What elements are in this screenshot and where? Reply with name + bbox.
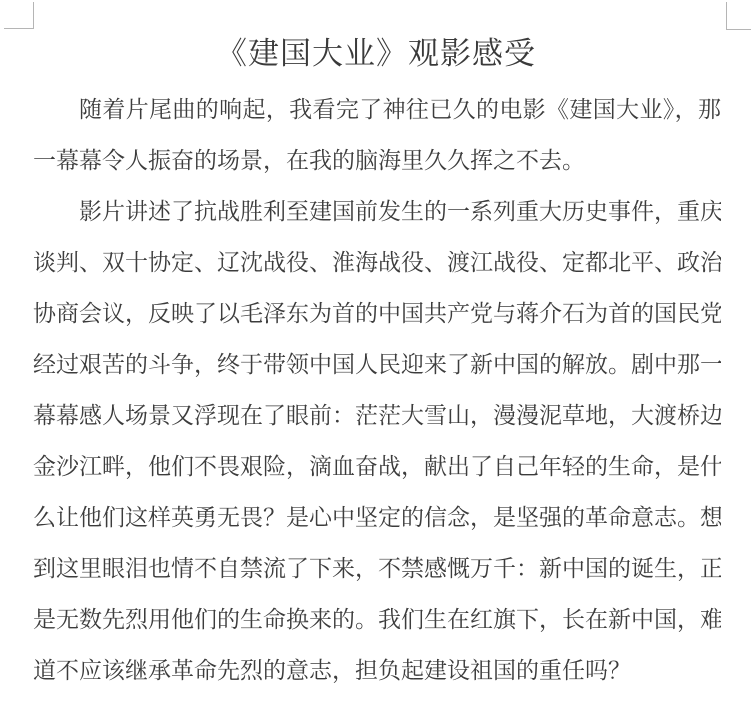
text-line: 到这里眼泪也情不自禁流了下来，不禁感慨万千：新中国的诞生，正: [33, 543, 721, 594]
text-line: 一幕幕令人振奋的场景，在我的脑海里久久挥之不去。: [33, 135, 721, 186]
text-line: 幕幕感人场景又浮现在了眼前：茫茫大雪山，漫漫泥草地，大渡桥边，: [33, 390, 721, 441]
text-line: 协商会议，反映了以毛泽东为首的中国共产党与蒋介石为首的国民党: [33, 288, 721, 339]
text-line: 谈判、双十协定、辽沈战役、淮海战役、渡江战役、定都北平、政治: [33, 237, 721, 288]
text-line: 经过艰苦的斗争，终于带领中国人民迎来了新中国的解放。剧中那一: [33, 339, 721, 390]
text-line: 道不应该继承革命先烈的意志，担负起建设祖国的重任吗？: [33, 645, 721, 696]
text-line: 随着片尾曲的响起，我看完了神往已久的电影《建国大业》，那: [33, 84, 721, 135]
margin-crop-mark-top-right-icon: [726, 2, 751, 30]
text-line: 金沙江畔，他们不畏艰险，滴血奋战，献出了自己年轻的生命，是什: [33, 441, 721, 492]
text-line: 影片讲述了抗战胜利至建国前发生的一系列重大历史事件，重庆: [33, 186, 721, 237]
document-body: 随着片尾曲的响起，我看完了神往已久的电影《建国大业》，那 一幕幕令人振奋的场景，…: [33, 84, 721, 696]
text-line: 么让他们这样英勇无畏？是心中坚定的信念，是坚强的革命意志。想: [33, 492, 721, 543]
document-title: 《建国大业》观影感受: [0, 34, 752, 74]
margin-crop-mark-top-left-icon: [4, 2, 34, 29]
document-page: 《建国大业》观影感受 随着片尾曲的响起，我看完了神往已久的电影《建国大业》，那 …: [0, 0, 752, 718]
text-line: 是无数先烈用他们的生命换来的。我们生在红旗下，长在新中国，难: [33, 594, 721, 645]
